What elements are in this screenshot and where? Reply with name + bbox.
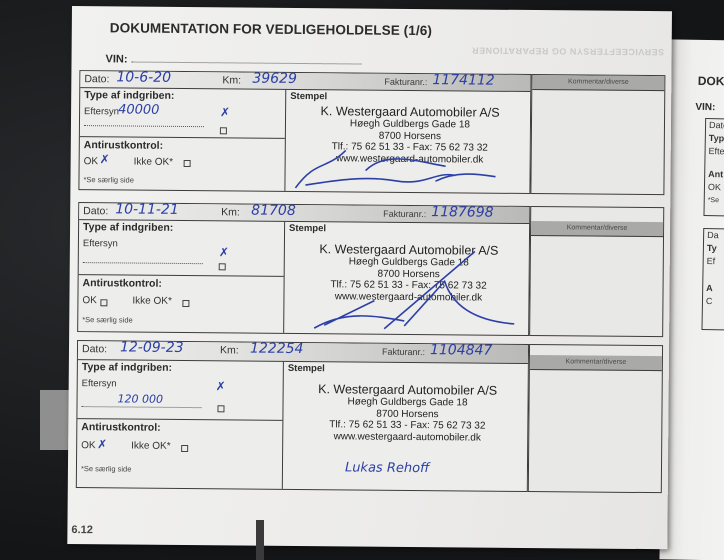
right-fragment: Dato:	[706, 119, 724, 133]
fakturanr-label: Fakturanr.:	[383, 209, 426, 219]
dato-label: Dato:	[84, 73, 109, 85]
right-fragment: *Se	[705, 194, 724, 208]
checkbox[interactable]	[217, 405, 224, 412]
antirust-label: Antirustkontrol:	[81, 421, 160, 434]
km-label: Km:	[221, 206, 240, 218]
dealer-stamp: K. Westergaard Automobiler A/S Høegh Gul…	[293, 382, 522, 444]
right-fragment: Ef	[704, 255, 724, 269]
signature-scribble	[285, 130, 526, 194]
type-label: Type af indgriben:	[83, 221, 173, 234]
eftersyn-value: 40000	[118, 102, 159, 117]
eftersyn-checkmark: ✗	[220, 105, 230, 119]
km-value: 122254	[250, 341, 304, 357]
service-book-page: DOKUMENTATION FOR VEDLIGEHOLDELSE (1/6) …	[67, 6, 672, 549]
stamp-section: Stempel K. Westergaard Automobiler A/S H…	[284, 222, 529, 335]
eftersyn-label: Eftersyn	[82, 378, 117, 389]
stamp-section: Stempel K. Westergaard Automobiler A/S H…	[283, 362, 528, 491]
signature-scribble	[284, 240, 525, 334]
page-title: DOKUMENTATION FOR VEDLIGEHOLDELSE (1/6)	[110, 20, 432, 38]
comment-header: Kommentar/diverse	[530, 355, 662, 371]
dato-label: Dato:	[83, 205, 108, 217]
antirust-label: Antirustkontrol:	[83, 277, 162, 290]
dotted-line	[83, 262, 203, 264]
stempel-label: Stempel	[290, 91, 327, 102]
right-page-vin-label: VIN:	[695, 102, 715, 113]
right-fragment: OK	[705, 181, 724, 195]
ok-checkbox[interactable]	[100, 299, 107, 306]
entry-box: Dato: 10-11-21 Km: 81708 Fakturanr.: 118…	[77, 202, 530, 336]
right-fragment: Type	[706, 132, 724, 146]
vin-label: VIN:	[105, 53, 127, 65]
stamp-section: Stempel K. Westergaard Automobiler A/S H…	[285, 90, 530, 193]
intervention-section: Type af indgriben: Eftersyn ✗ Antirustko…	[78, 220, 285, 333]
stempel-label: Stempel	[289, 223, 326, 234]
service-entry-2: Dato: 10-11-21 Km: 81708 Fakturanr.: 118…	[77, 202, 678, 335]
checkbox[interactable]	[220, 127, 227, 134]
fakturanr-value: 1174112	[432, 72, 494, 89]
fakturanr-value: 1187698	[431, 204, 493, 221]
dato-label: Dato:	[82, 343, 107, 355]
comment-column: Kommentar/diverse	[530, 74, 665, 195]
right-fragment: Ant	[705, 168, 724, 182]
note-label: *Se særlig side	[83, 175, 134, 184]
fakturanr-value: 1104847	[430, 342, 492, 359]
km-value: 81708	[251, 203, 296, 219]
vin-field: VIN:	[105, 52, 361, 67]
intervention-section: Type af indgriben: Eftersyn 40000 ✗ Anti…	[79, 88, 286, 191]
intervention-section: Type af indgriben: Eftersyn ✗ 120 000 An…	[77, 360, 284, 489]
stamp-web: www.westergaard-automobiler.dk	[293, 431, 521, 444]
stamp-company: K. Westergaard Automobiler A/S	[294, 382, 522, 398]
right-page-title: DOKU	[698, 74, 724, 89]
background-object	[40, 390, 70, 450]
right-fragment: A	[703, 282, 724, 296]
note-label: *Se særlig side	[82, 315, 133, 324]
dato-value: 10-11-21	[115, 201, 179, 218]
ikke-ok-label: Ikke OK*	[134, 157, 174, 168]
ikke-ok-checkbox[interactable]	[182, 300, 189, 307]
comment-header: Kommentar/diverse	[531, 221, 663, 237]
service-entry-3: Dato: 12-09-23 Km: 122254 Fakturanr.: 11…	[76, 340, 677, 491]
fakturanr-label: Fakturanr.:	[384, 77, 427, 87]
ok-label: OK	[81, 440, 96, 451]
right-fragment: Da	[704, 229, 724, 243]
service-entry-1: Dato: 10-6-20 Km: 39629 Fakturanr.: 1174…	[78, 70, 679, 193]
eftersyn-km-value: 120 000	[118, 392, 164, 405]
ikke-ok-label: Ikke OK*	[132, 296, 172, 307]
stempel-label: Stempel	[288, 363, 325, 374]
entry-box: Dato: 12-09-23 Km: 122254 Fakturanr.: 11…	[76, 340, 529, 492]
right-fragment: C	[703, 295, 724, 309]
ikke-ok-label: Ikke OK*	[131, 441, 171, 452]
eftersyn-label: Eftersyn	[83, 238, 118, 249]
dotted-line	[82, 406, 202, 408]
right-fragment: Ty	[704, 242, 724, 256]
ok-checkmark[interactable]: ✗	[100, 152, 110, 166]
comment-column: Kommentar/diverse	[529, 206, 664, 337]
type-label: Type af indgriben:	[82, 361, 172, 374]
ikke-ok-checkbox[interactable]	[181, 445, 188, 452]
right-page-entry-2: Da Ty Ef A C	[701, 228, 724, 331]
checkbox[interactable]	[219, 263, 226, 270]
dotted-line	[84, 125, 204, 127]
vin-value	[132, 53, 362, 65]
ok-label: OK	[84, 156, 99, 167]
km-label: Km:	[222, 74, 241, 86]
type-label: Type af indgriben:	[84, 89, 174, 102]
page-number: 6.12	[71, 524, 93, 536]
fakturanr-label: Fakturanr.:	[382, 347, 425, 357]
bookmark-tab	[256, 520, 264, 560]
ok-checkmark[interactable]: ✗	[97, 437, 107, 451]
ok-label: OK	[82, 295, 97, 306]
right-page-entry-1: Dato: Type Efter Ant OK *Se	[703, 118, 724, 217]
signature: Lukas Rehoff	[345, 460, 430, 476]
antirust-label: Antirustkontrol:	[84, 139, 163, 152]
comment-header: Kommentar/diverse	[532, 75, 664, 91]
eftersyn-checkmark: ✗	[219, 245, 229, 259]
entry-box: Dato: 10-6-20 Km: 39629 Fakturanr.: 1174…	[78, 70, 531, 194]
eftersyn-label: Eftersyn	[84, 106, 119, 117]
km-label: Km:	[220, 344, 239, 356]
km-value: 39629	[252, 71, 297, 87]
stamp-company: K. Westergaard Automobiler A/S	[296, 104, 524, 120]
ikke-ok-checkbox[interactable]	[184, 160, 191, 167]
dato-value: 12-09-23	[120, 339, 184, 356]
mirrored-bleed-text: SERVICEEFTERSYN OG REPARATIONER	[472, 45, 665, 57]
comment-column: Kommentar/diverse	[528, 344, 663, 493]
note-label: *Se særlig side	[81, 464, 132, 473]
dato-value: 10-6-20	[116, 69, 171, 85]
eftersyn-checkmark: ✗	[216, 379, 226, 393]
right-fragment: Efter	[705, 145, 724, 159]
